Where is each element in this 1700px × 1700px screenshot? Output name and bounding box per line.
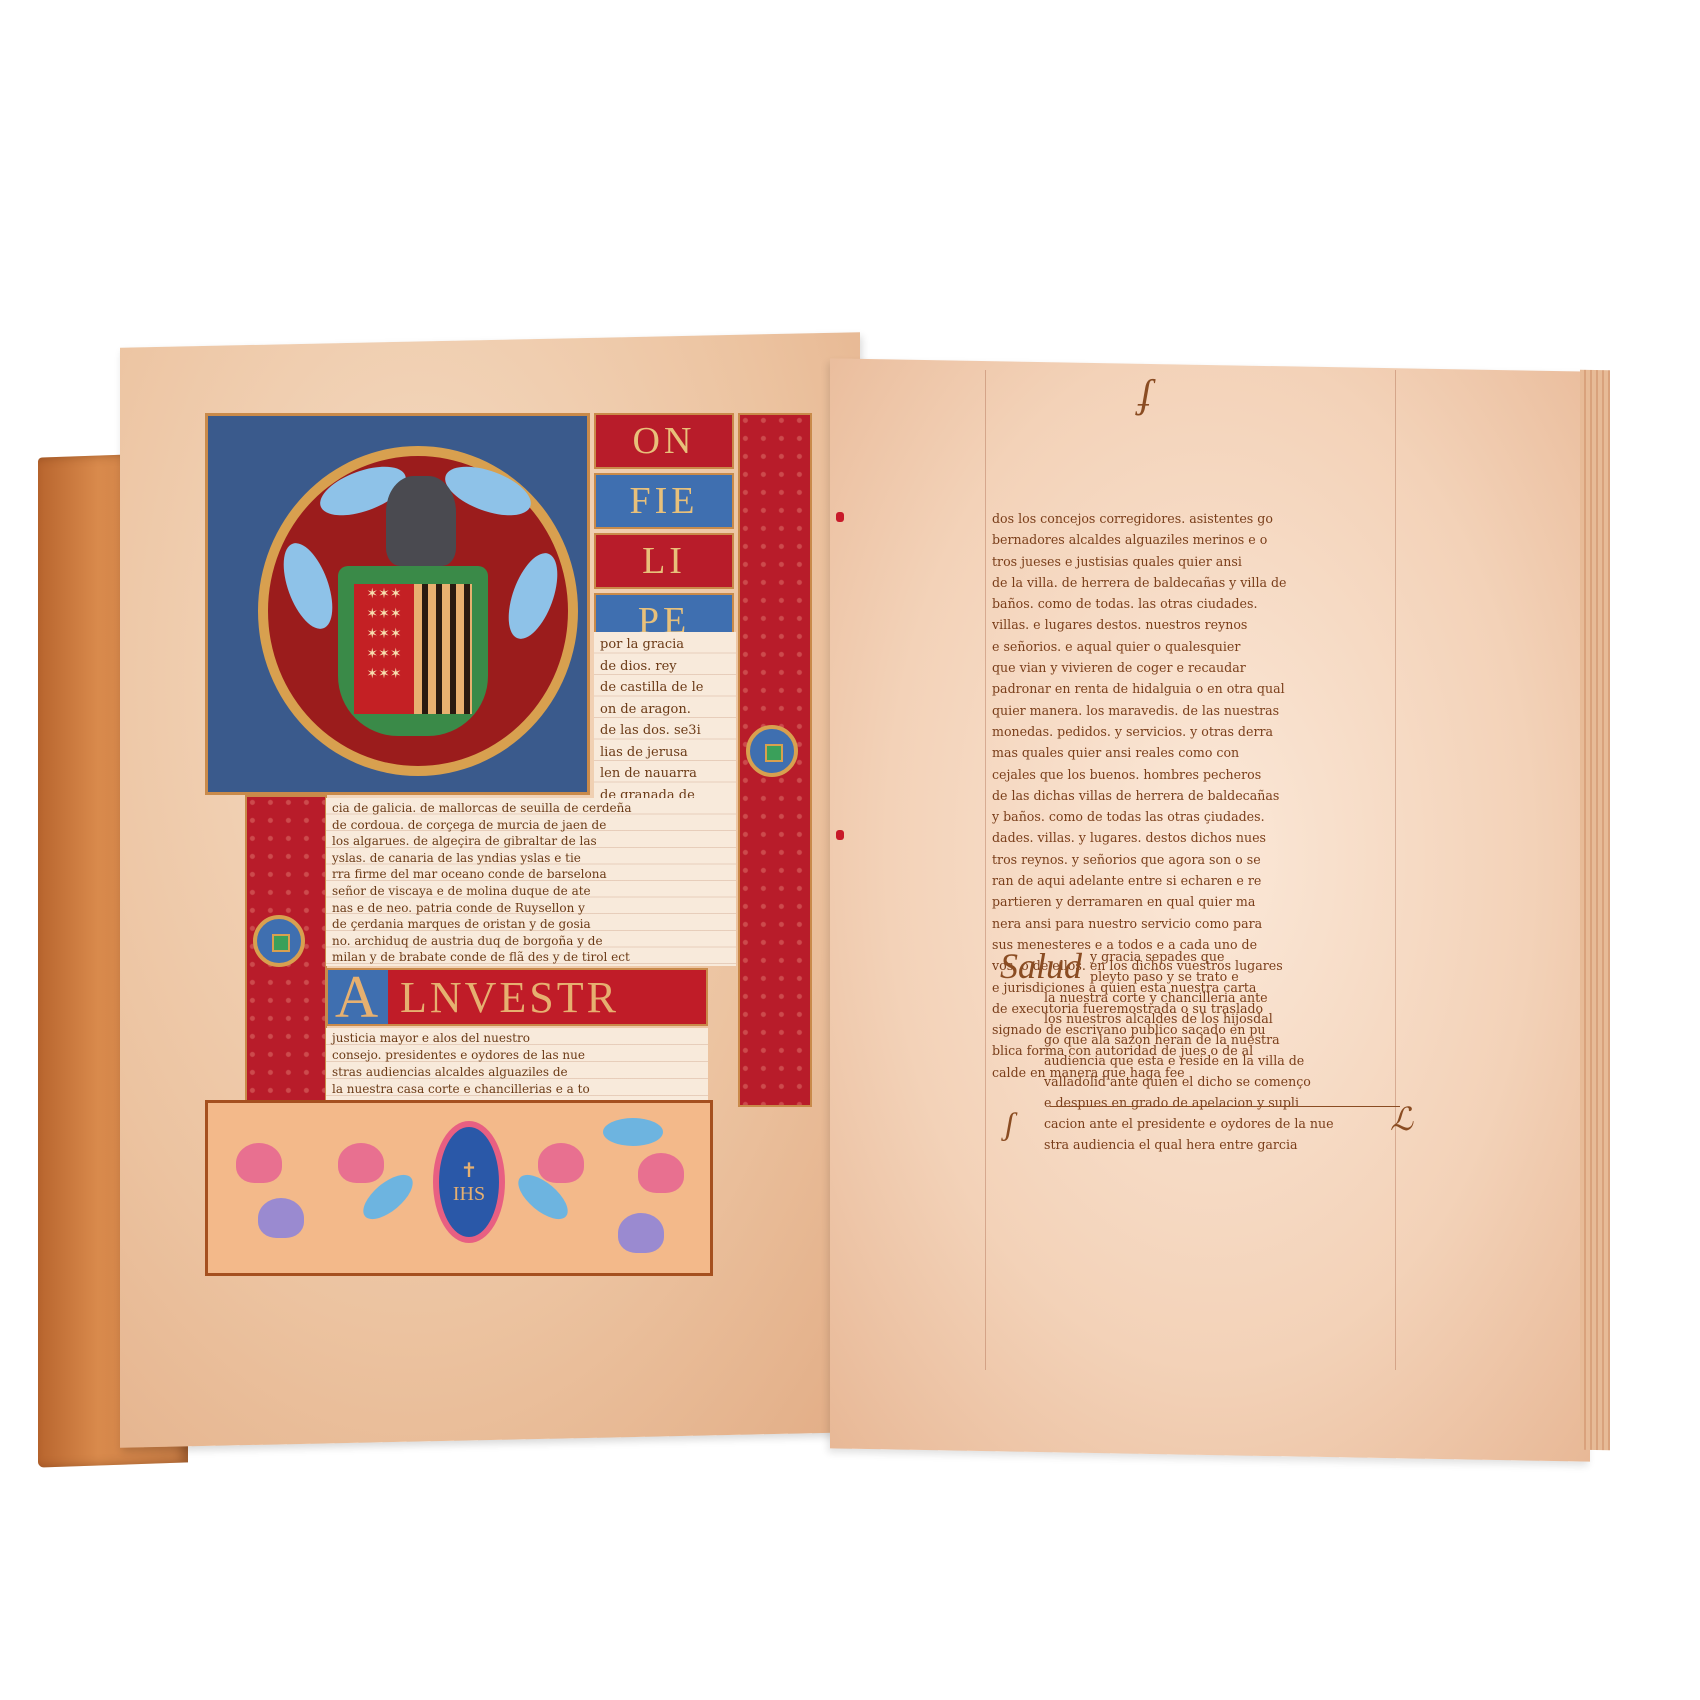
main-text-block: cia de galicia. de mallorcas de seuilla … <box>326 798 736 966</box>
heading-initial: A <box>328 970 388 1024</box>
intro-text-block: por la gracia de dios. rey de castilla d… <box>594 632 736 800</box>
title-block: ON FIE LI PE <box>594 413 734 653</box>
title-row: LI <box>594 533 734 589</box>
manuscript-scene: ✶✶✶ ✶✶✶ ✶✶✶ ✶✶✶ ✶✶✶ ON FIE LI PE por la … <box>0 0 1700 1700</box>
roundel-ornament-icon <box>746 725 798 777</box>
paraph-flourish-icon: ʃ <box>1005 1105 1014 1142</box>
heading-rest: LNVESTR <box>400 972 619 1023</box>
flower-icon <box>258 1198 304 1238</box>
closing-flourish-line <box>1050 1106 1400 1107</box>
floral-border-band: ✝ IHS <box>205 1100 713 1276</box>
binding-stitch <box>836 512 844 522</box>
flower-icon <box>638 1153 684 1193</box>
helmet-icon <box>386 476 456 566</box>
shield-stripes-field <box>414 584 472 714</box>
flower-icon <box>538 1143 584 1183</box>
page-edges <box>1580 370 1610 1451</box>
top-flourish-icon: ʄ <box>1140 370 1151 417</box>
ihs-monogram: IHS <box>453 1183 485 1206</box>
illuminated-initial: ✶✶✶ ✶✶✶ ✶✶✶ ✶✶✶ ✶✶✶ <box>205 413 590 795</box>
ruling-line <box>985 370 986 1370</box>
ihs-emblem: ✝ IHS <box>433 1121 505 1243</box>
flower-icon <box>338 1143 384 1183</box>
title-row: FIE <box>594 473 734 529</box>
title-row: ON <box>594 413 734 469</box>
shield-stars-field: ✶✶✶ ✶✶✶ ✶✶✶ ✶✶✶ ✶✶✶ <box>354 584 414 714</box>
cross-icon: ✝ <box>461 1158 478 1183</box>
scroll-leaf-icon <box>603 1118 663 1146</box>
paraph-flourish-icon: ℒ <box>1390 1100 1413 1138</box>
flower-icon <box>618 1213 664 1253</box>
roundel-ornament-icon <box>253 915 305 967</box>
binding-stitch <box>836 830 844 840</box>
second-heading: A LNVESTR <box>326 968 708 1026</box>
salutation-block: Salud y gracia sepades que pleyto paso y… <box>1000 945 1400 1155</box>
salutation-word: Salud <box>1000 945 1082 987</box>
ruling-line <box>1395 370 1396 1370</box>
flower-icon <box>236 1143 282 1183</box>
second-text-block: justicia mayor e alos del nuestro consej… <box>326 1028 708 1100</box>
